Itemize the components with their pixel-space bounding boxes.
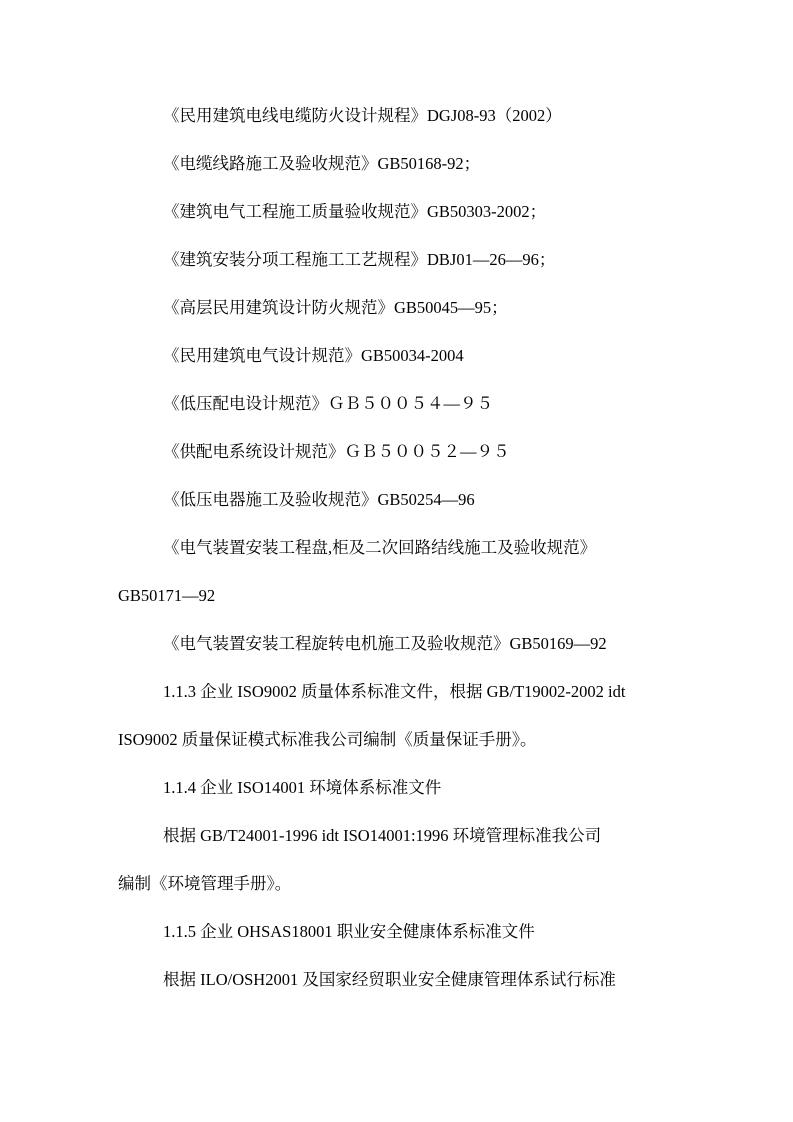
- section-1-1-4-continuation: 编制《环境管理手册》。: [118, 872, 291, 896]
- standard-item: 《低压配电设计规范》ＧＢ５００５４—９５: [163, 392, 493, 416]
- standard-item: 《低压电器施工及验收规范》GB50254—96: [163, 488, 475, 512]
- standard-item: 《电缆线路施工及验收规范》GB50168-92；: [163, 152, 480, 176]
- standard-item: 《电气装置安装工程盘,柜及二次回路结线施工及验收规范》: [163, 536, 596, 560]
- section-1-1-5-paragraph: 根据 ILO/OSH2001 及国家经贸职业安全健康管理体系试行标准: [163, 968, 616, 992]
- standard-item: 《建筑安装分项工程施工工艺规程》DBJ01—26—96；: [163, 248, 555, 272]
- standard-item: 《民用建筑电气设计规范》GB50034-2004: [163, 344, 464, 368]
- standard-item: 《供配电系统设计规范》ＧＢ５００５２—９５: [163, 440, 510, 464]
- standard-item: 《民用建筑电线电缆防火设计规程》DGJ08-93（2002）: [163, 104, 562, 128]
- section-1-1-4-heading: 1.1.4 企业 ISO14001 环境体系标准文件: [163, 776, 441, 800]
- section-1-1-3-continuation: ISO9002 质量保证模式标准我公司编制《质量保证手册》。: [118, 728, 536, 752]
- section-1-1-3-paragraph: 1.1.3 企业 ISO9002 质量体系标准文件，根据 GB/T19002-2…: [163, 680, 625, 704]
- standard-item: 《高层民用建筑设计防火规范》GB50045—95；: [163, 296, 508, 320]
- standard-item: 《电气装置安装工程旋转电机施工及验收规范》GB50169—92: [163, 632, 607, 656]
- section-1-1-4-paragraph: 根据 GB/T24001-1996 idt ISO14001:1996 环境管理…: [163, 824, 601, 848]
- standard-item-continuation: GB50171—92: [118, 584, 215, 608]
- section-1-1-5-heading: 1.1.5 企业 OHSAS18001 职业安全健康体系标准文件: [163, 920, 535, 944]
- standard-item: 《建筑电气工程施工质量验收规范》GB50303-2002；: [163, 200, 546, 224]
